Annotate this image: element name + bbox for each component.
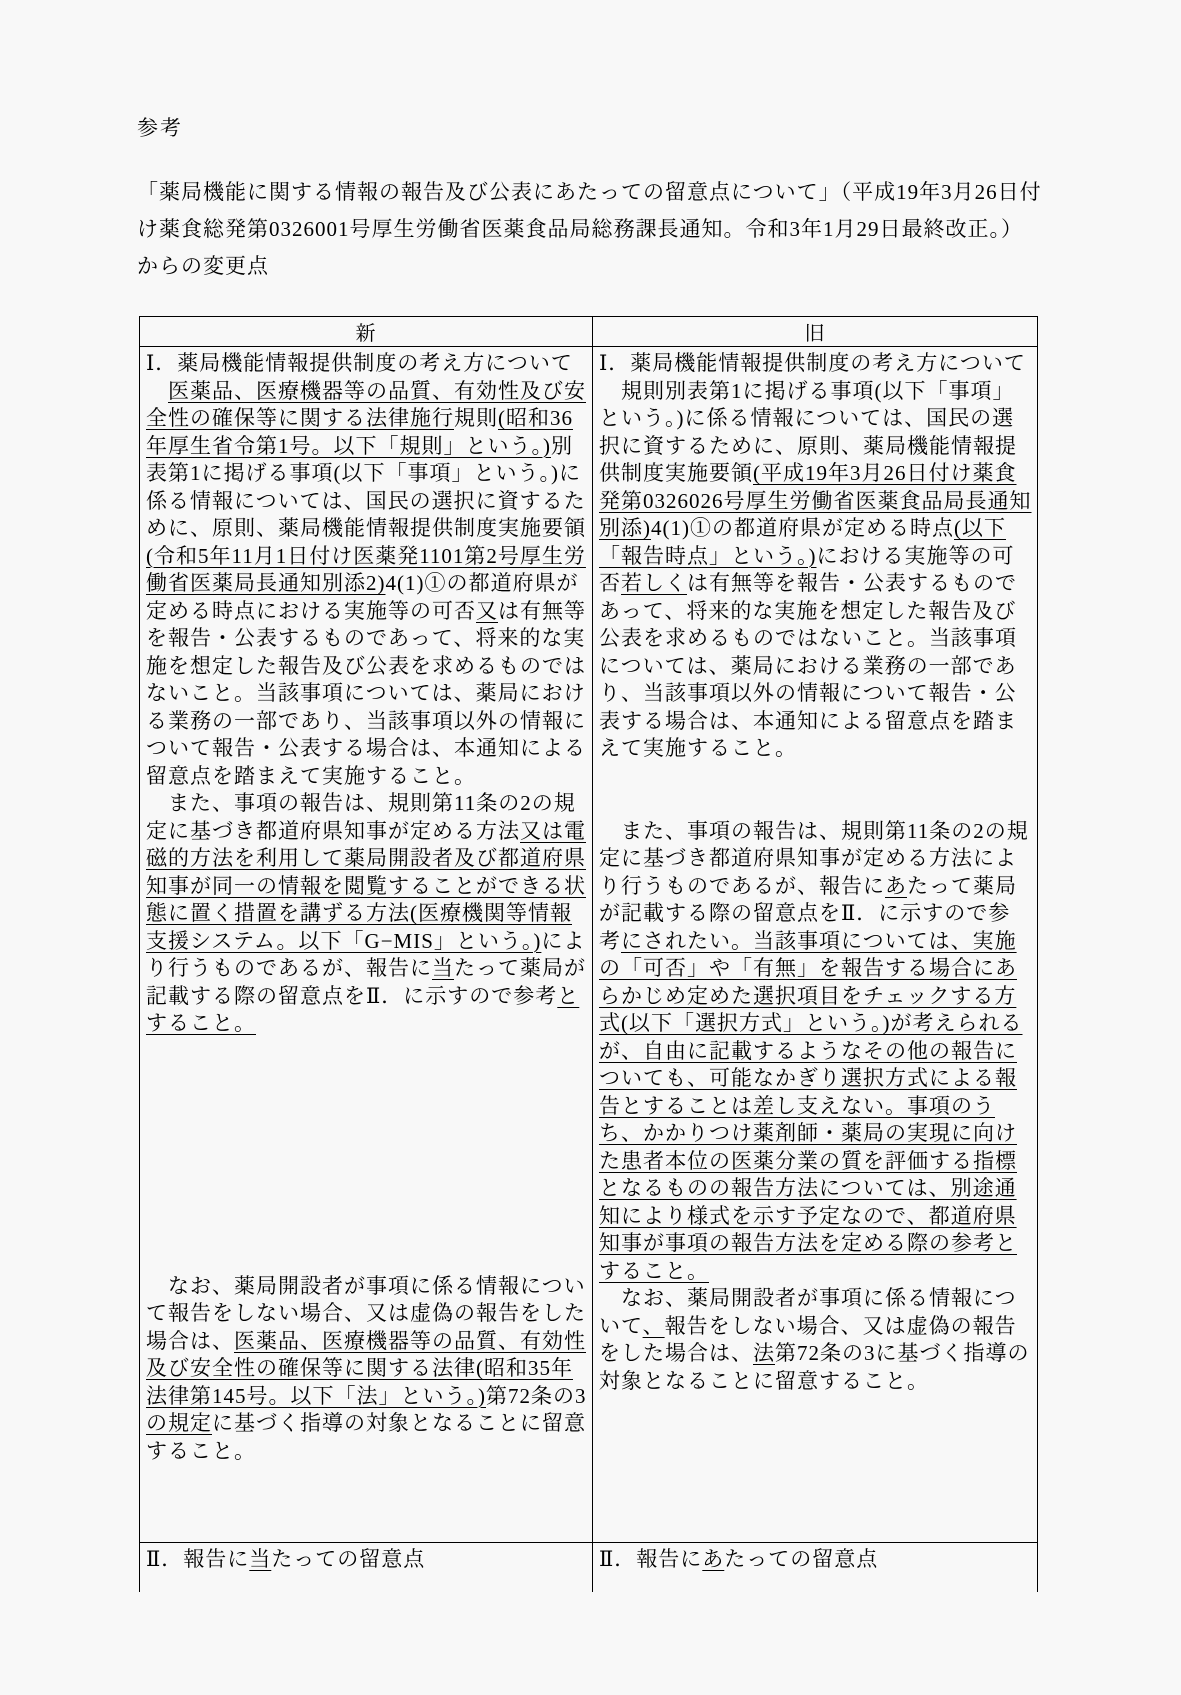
reference-label: 参考	[137, 112, 183, 142]
cell-new-section1: Ⅰ．薬局機能情報提供制度の考え方について 医薬品、医療機器等の品質、有効性及び安…	[140, 347, 593, 1543]
table-header-row: 新 旧	[140, 317, 1038, 347]
cell-old-section1: Ⅰ．薬局機能情報提供制度の考え方について 規則別表第1に掲げる事項(以下「事項」…	[593, 347, 1038, 1543]
comparison-table: 新 旧 Ⅰ．薬局機能情報提供制度の考え方について 医薬品、医療機器等の品質、有効…	[139, 316, 1038, 1592]
cell-old-section2: Ⅱ．報告にあたっての留意点	[593, 1543, 1038, 1593]
intro-paragraph: 「薬局機能に関する情報の報告及び公表にあたっての留意点について」（平成19年3月…	[137, 174, 1043, 285]
column-header-new: 新	[140, 317, 593, 347]
table-row-section2: Ⅱ．報告に当たっての留意点 Ⅱ．報告にあたっての留意点	[140, 1543, 1038, 1593]
table-row-section1: Ⅰ．薬局機能情報提供制度の考え方について 医薬品、医療機器等の品質、有効性及び安…	[140, 347, 1038, 1543]
document-page: 参考 「薬局機能に関する情報の報告及び公表にあたっての留意点について」（平成19…	[0, 0, 1181, 1695]
column-header-old: 旧	[593, 317, 1038, 347]
cell-new-section2: Ⅱ．報告に当たっての留意点	[140, 1543, 593, 1593]
